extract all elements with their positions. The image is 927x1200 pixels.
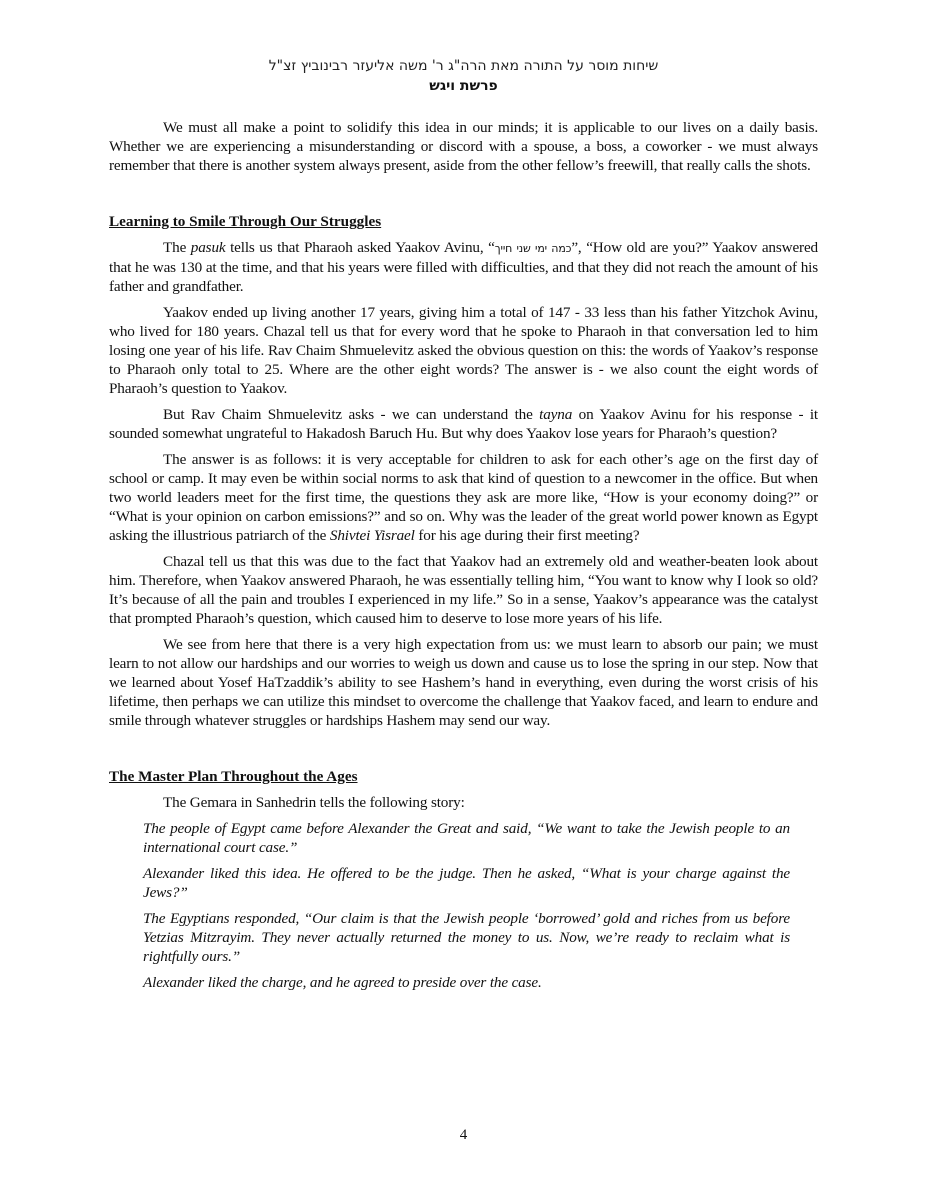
section-heading-master-plan: The Master Plan Throughout the Ages	[109, 767, 818, 786]
text: for his age during their first meeting?	[415, 527, 640, 544]
header-parsha: פרשת ויגש	[0, 76, 927, 96]
paragraph-chazal: Chazal tell us that this was due to the …	[109, 552, 818, 628]
hebrew-quote: כמה ימי שני חייך	[495, 242, 572, 255]
paragraph-gemara: The Gemara in Sanhedrin tells the follow…	[109, 793, 818, 812]
paragraph-answer: The answer is as follows: it is very acc…	[109, 450, 818, 545]
paragraph-expectation: We see from here that there is a very hi…	[109, 635, 818, 730]
page-body: We must all make a point to solidify thi…	[109, 118, 818, 992]
paragraph-147-years: Yaakov ended up living another 17 years,…	[109, 303, 818, 398]
italic-term: Shivtei Yisrael	[330, 527, 415, 544]
quote-paragraph: Alexander liked the charge, and he agree…	[143, 973, 790, 992]
paragraph-tayna: But Rav Chaim Shmuelevitz asks - we can …	[109, 405, 818, 443]
italic-term: pasuk	[191, 239, 226, 256]
quote-paragraph: The people of Egypt came before Alexande…	[143, 819, 790, 857]
header-title: שיחות מוסר על התורה מאת הרה"ג ר' משה אלי…	[0, 56, 927, 76]
page-number: 4	[0, 1127, 927, 1144]
quote-paragraph: Alexander liked this idea. He offered to…	[143, 864, 790, 902]
quote-paragraph: The Egyptians responded, “Our claim is t…	[143, 909, 790, 966]
italic-term: tayna	[539, 406, 572, 423]
intro-paragraph: We must all make a point to solidify thi…	[109, 118, 818, 175]
text: tells us that Pharaoh asked Yaakov Avinu…	[225, 239, 494, 256]
text: But Rav Chaim Shmuelevitz asks - we can …	[163, 406, 539, 423]
paragraph-pasuk: The pasuk tells us that Pharaoh asked Ya…	[109, 238, 818, 296]
section-heading-smile: Learning to Smile Through Our Struggles	[109, 212, 818, 231]
text: The	[163, 239, 191, 256]
page-header: שיחות מוסר על התורה מאת הרה"ג ר' משה אלי…	[0, 56, 927, 96]
